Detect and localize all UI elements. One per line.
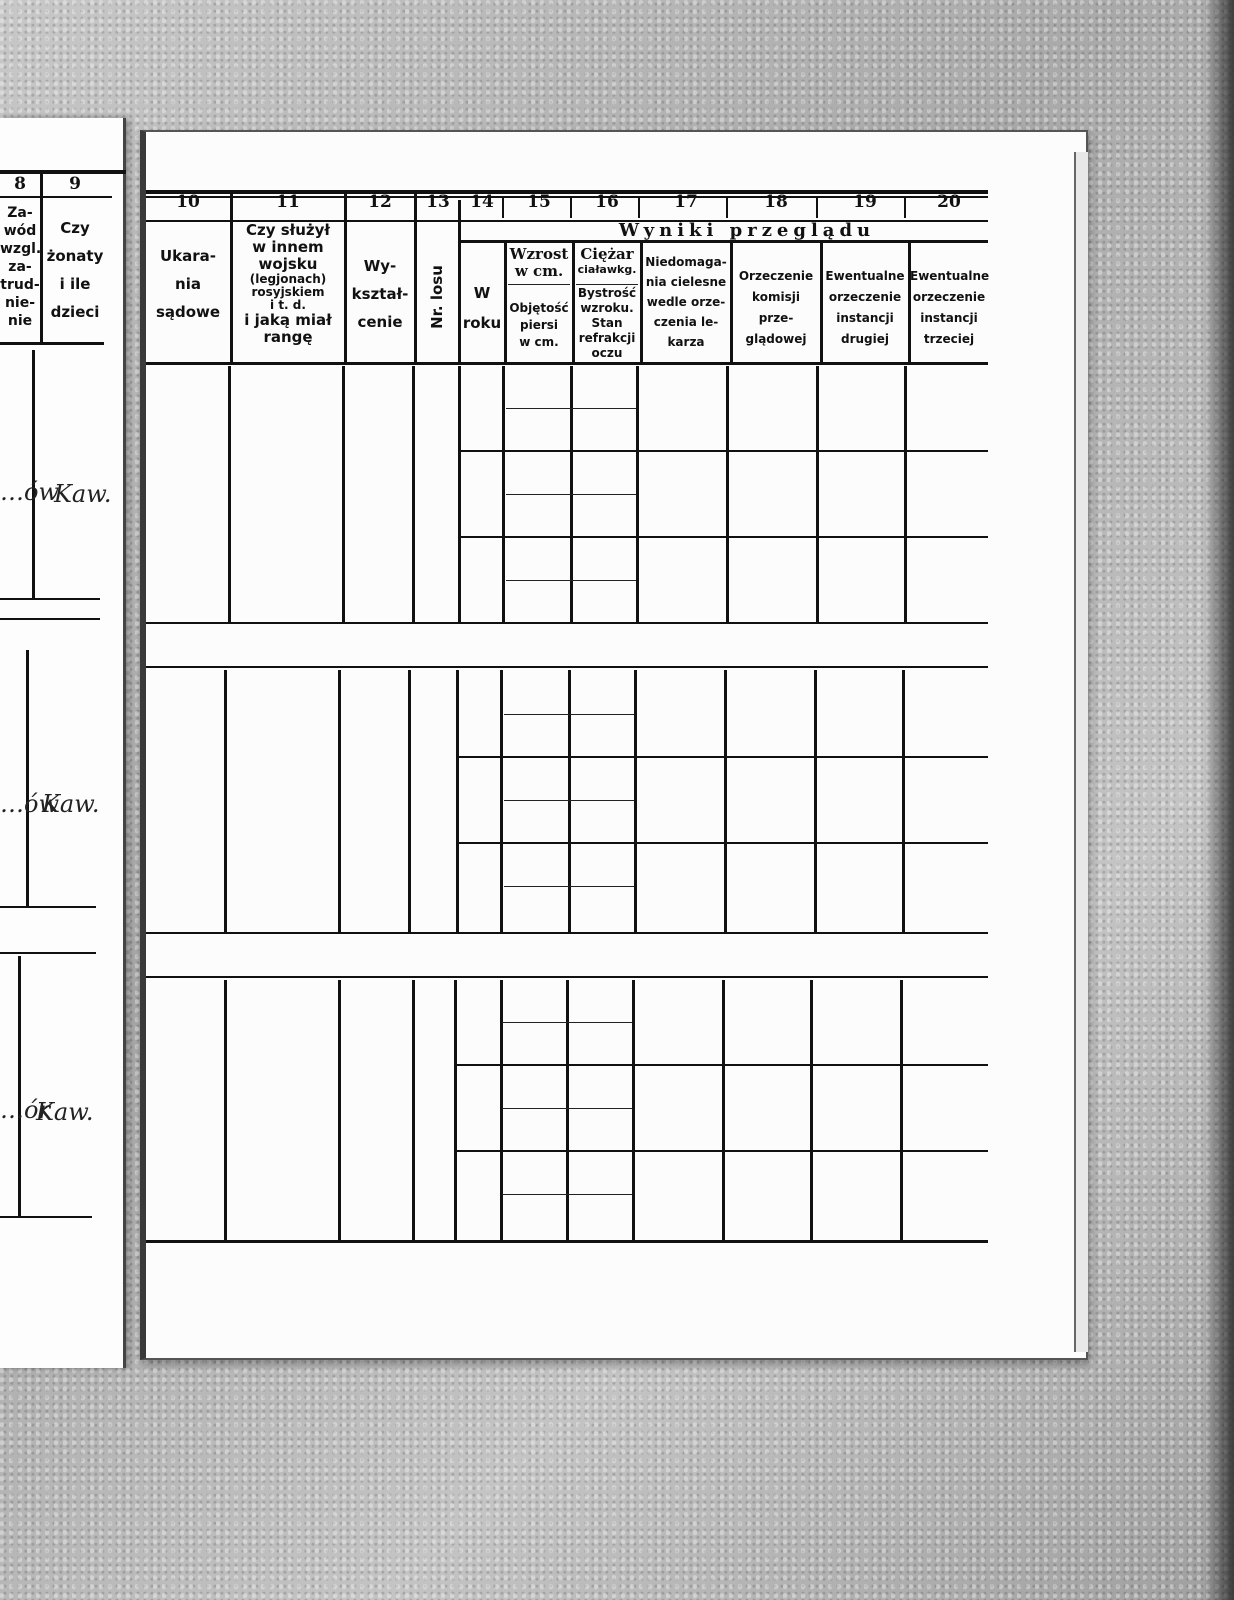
divider [338,670,341,932]
record-rule [146,976,988,978]
record-block-3 [146,980,988,1240]
column-divider [40,172,43,344]
form-bottom-rule [146,1240,988,1243]
scan-edge-shadow [1204,0,1234,1600]
column-header-9: Czy żonaty i ile dzieci [44,214,106,326]
column-header-15-bottom: Objętość piersi w cm. [506,300,572,351]
divider [412,980,415,1240]
divider [458,366,461,622]
divider [566,980,569,1240]
column-number-14: 14 [460,192,504,212]
column-number-18: 18 [732,192,820,212]
divider [726,366,729,622]
record-rule [0,598,100,600]
divider [632,980,635,1240]
record-rule [146,622,988,624]
year-row-rule [460,450,988,452]
divider [816,198,818,218]
column-header-15-top: Wzrost w cm. [506,246,572,280]
handwritten-marital-2: Kaw. [42,790,100,818]
divider [634,670,637,932]
divider [414,192,417,220]
column-number-9: 9 [44,174,106,194]
divider [904,198,906,218]
measure-split [502,1108,632,1109]
divider [414,220,417,362]
record-block-1 [146,366,988,622]
divider [900,980,903,1240]
column-divider [32,350,35,598]
column-number-8: 8 [0,174,40,194]
year-row-rule [456,1150,988,1152]
divider [500,980,503,1240]
divider [408,670,411,932]
subheader-rule [576,284,638,285]
measure-split [506,408,636,409]
year-row-rule [456,1064,988,1066]
column-header-19: Ewentualne orzeczenie instancji drugiej [822,266,908,350]
column-header-16-bottom: Bystrość wzroku. Stan refrakcji oczu [574,286,640,361]
column-number-10: 10 [146,192,230,212]
page-edge [1074,152,1088,1352]
divider [814,670,817,932]
subheader-rule [508,284,570,285]
column-header-10: Ukara- nia sądowe [146,242,230,326]
record-rule [0,618,100,620]
divider [724,670,727,932]
divider [636,366,639,622]
left-page: 8 9 Za- wód wzgl. za- trud- nie- nie Czy… [0,118,126,1368]
divider [568,670,571,932]
measure-split [504,800,634,801]
divider [456,670,459,932]
divider [502,198,504,218]
record-rule [146,666,988,668]
divider [342,366,345,622]
column-divider [18,956,21,1218]
measure-split [504,714,634,715]
divider [722,980,725,1240]
year-row-rule [458,756,988,758]
divider [500,670,503,932]
column-number-12: 12 [346,192,414,212]
column-number-20: 20 [910,192,988,212]
divider [454,980,457,1240]
column-header-13: Nr. losu [428,260,446,334]
handwritten-occupation-1: …ów [0,478,59,506]
column-number-13: 13 [416,192,460,212]
record-rule [146,932,988,934]
handwritten-marital-1: Kaw. [54,480,112,508]
divider [816,366,819,622]
record-rule [0,952,96,954]
column-number-11: 11 [232,192,344,212]
right-page: 10 11 12 13 14 15 16 17 18 19 20 Wyniki … [140,130,1088,1360]
measure-split [502,1022,632,1023]
header-bottom-rule [146,362,988,365]
measure-split [506,580,636,581]
column-header-12: Wy- kształ- cenie [346,252,414,336]
header-rule [0,342,104,345]
divider [230,192,233,220]
column-header-11: Czy służył w innem wojsku (legjonach) ro… [232,222,344,346]
handwritten-marital-3: Kaw. [36,1098,94,1126]
divider [338,980,341,1240]
divider [902,670,905,932]
column-header-18: Orzeczenie komisji prze- glądowej [732,266,820,350]
measure-split [504,886,634,887]
divider [904,366,907,622]
divider [224,670,227,932]
divider [502,366,505,622]
number-rule [0,196,112,198]
column-number-17: 17 [642,192,730,212]
column-number-15: 15 [506,192,572,212]
divider [344,192,347,220]
year-row-rule [458,842,988,844]
divider [570,198,572,218]
column-header-17: Niedomaga- nia cielesne wedle orze- czen… [642,252,730,352]
banner-wyniki-przegladu: Wyniki przeglądu [506,220,988,241]
column-header-16-top: Ciężar ciaławkg. [574,246,640,277]
column-header-14: W roku [460,278,504,338]
record-rule [0,1216,92,1218]
record-rule [0,906,96,908]
column-number-19: 19 [822,192,908,212]
column-number-16: 16 [574,192,640,212]
divider [224,980,227,1240]
divider [810,980,813,1240]
year-row-rule [460,536,988,538]
column-divider [26,650,29,906]
measure-split [502,1194,632,1195]
divider [638,198,640,218]
record-block-2 [146,670,988,932]
divider [228,366,231,622]
divider [412,366,415,622]
measure-split [506,494,636,495]
divider [726,198,728,218]
column-header-20: Ewentualne orzeczenie instancji trzeciej [910,266,988,350]
column-header-8: Za- wód wzgl. za- trud- nie- nie [0,204,40,330]
